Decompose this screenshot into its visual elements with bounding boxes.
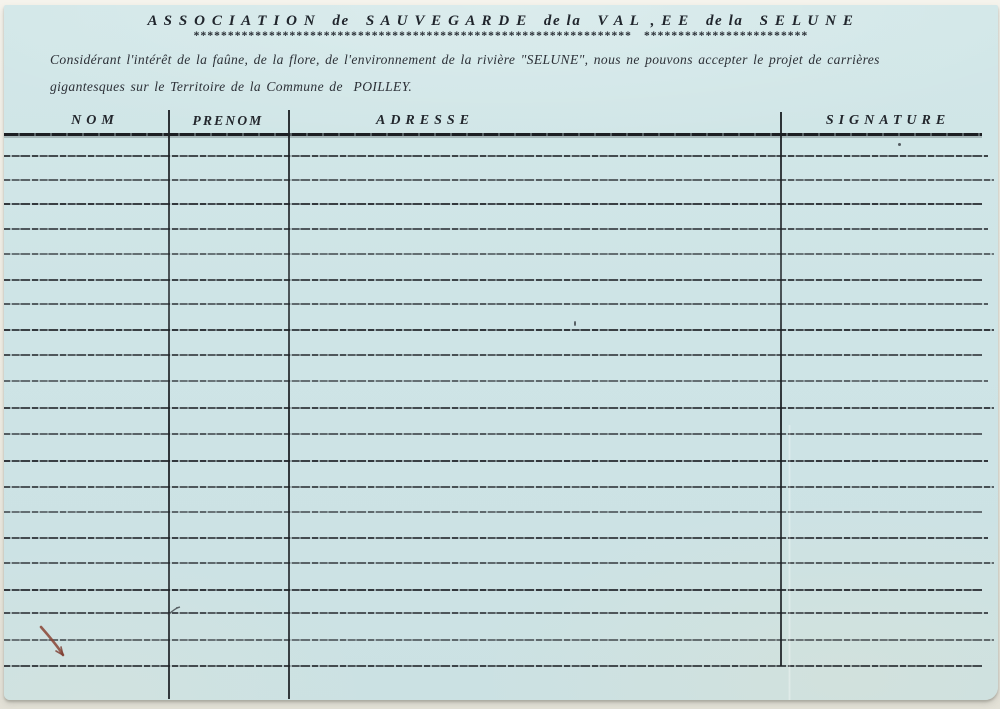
ruled-row-line <box>4 589 982 591</box>
ruled-row-line <box>4 407 994 409</box>
column-header-prenom: PRENOM <box>193 111 264 131</box>
scan-speck <box>898 143 901 146</box>
small-pen-tick <box>167 605 181 617</box>
ruled-row-line <box>4 612 988 614</box>
signature-table: NOM PRENOM ADRESSE SIGNATURE <box>4 5 998 700</box>
ruled-row-line <box>4 228 988 230</box>
ruled-row-line <box>4 433 982 435</box>
ruled-row-line <box>4 203 982 205</box>
ruled-row-line <box>4 460 988 462</box>
petition-sheet: A S S O C I A T I O N de S A U V E G A R… <box>4 5 998 700</box>
column-header-adresse: ADRESSE <box>376 111 474 131</box>
paper-crease <box>788 425 791 700</box>
ruled-row-line <box>4 665 982 667</box>
column-header-signature: SIGNATURE <box>826 111 950 131</box>
ruled-row-line <box>4 253 994 255</box>
column-header-nom: NOM <box>71 111 119 131</box>
ruled-row-line <box>4 511 982 513</box>
ruled-row-line <box>4 486 994 488</box>
ruled-row-line <box>4 354 982 356</box>
ruled-row-line <box>4 179 994 181</box>
column-divider-line <box>780 112 782 666</box>
column-divider-line <box>288 110 290 699</box>
header-underline <box>4 133 982 136</box>
ruled-row-line <box>4 329 994 331</box>
ruled-row-line <box>4 537 988 539</box>
ruled-row-line <box>4 562 994 564</box>
ruled-row-line <box>4 155 988 157</box>
ruled-row-line <box>4 303 988 305</box>
red-ink-mark <box>37 625 71 661</box>
ruled-row-line <box>4 380 988 382</box>
ruled-row-line <box>4 639 994 641</box>
ruled-row-line <box>4 279 982 281</box>
scan-speck <box>574 321 576 326</box>
